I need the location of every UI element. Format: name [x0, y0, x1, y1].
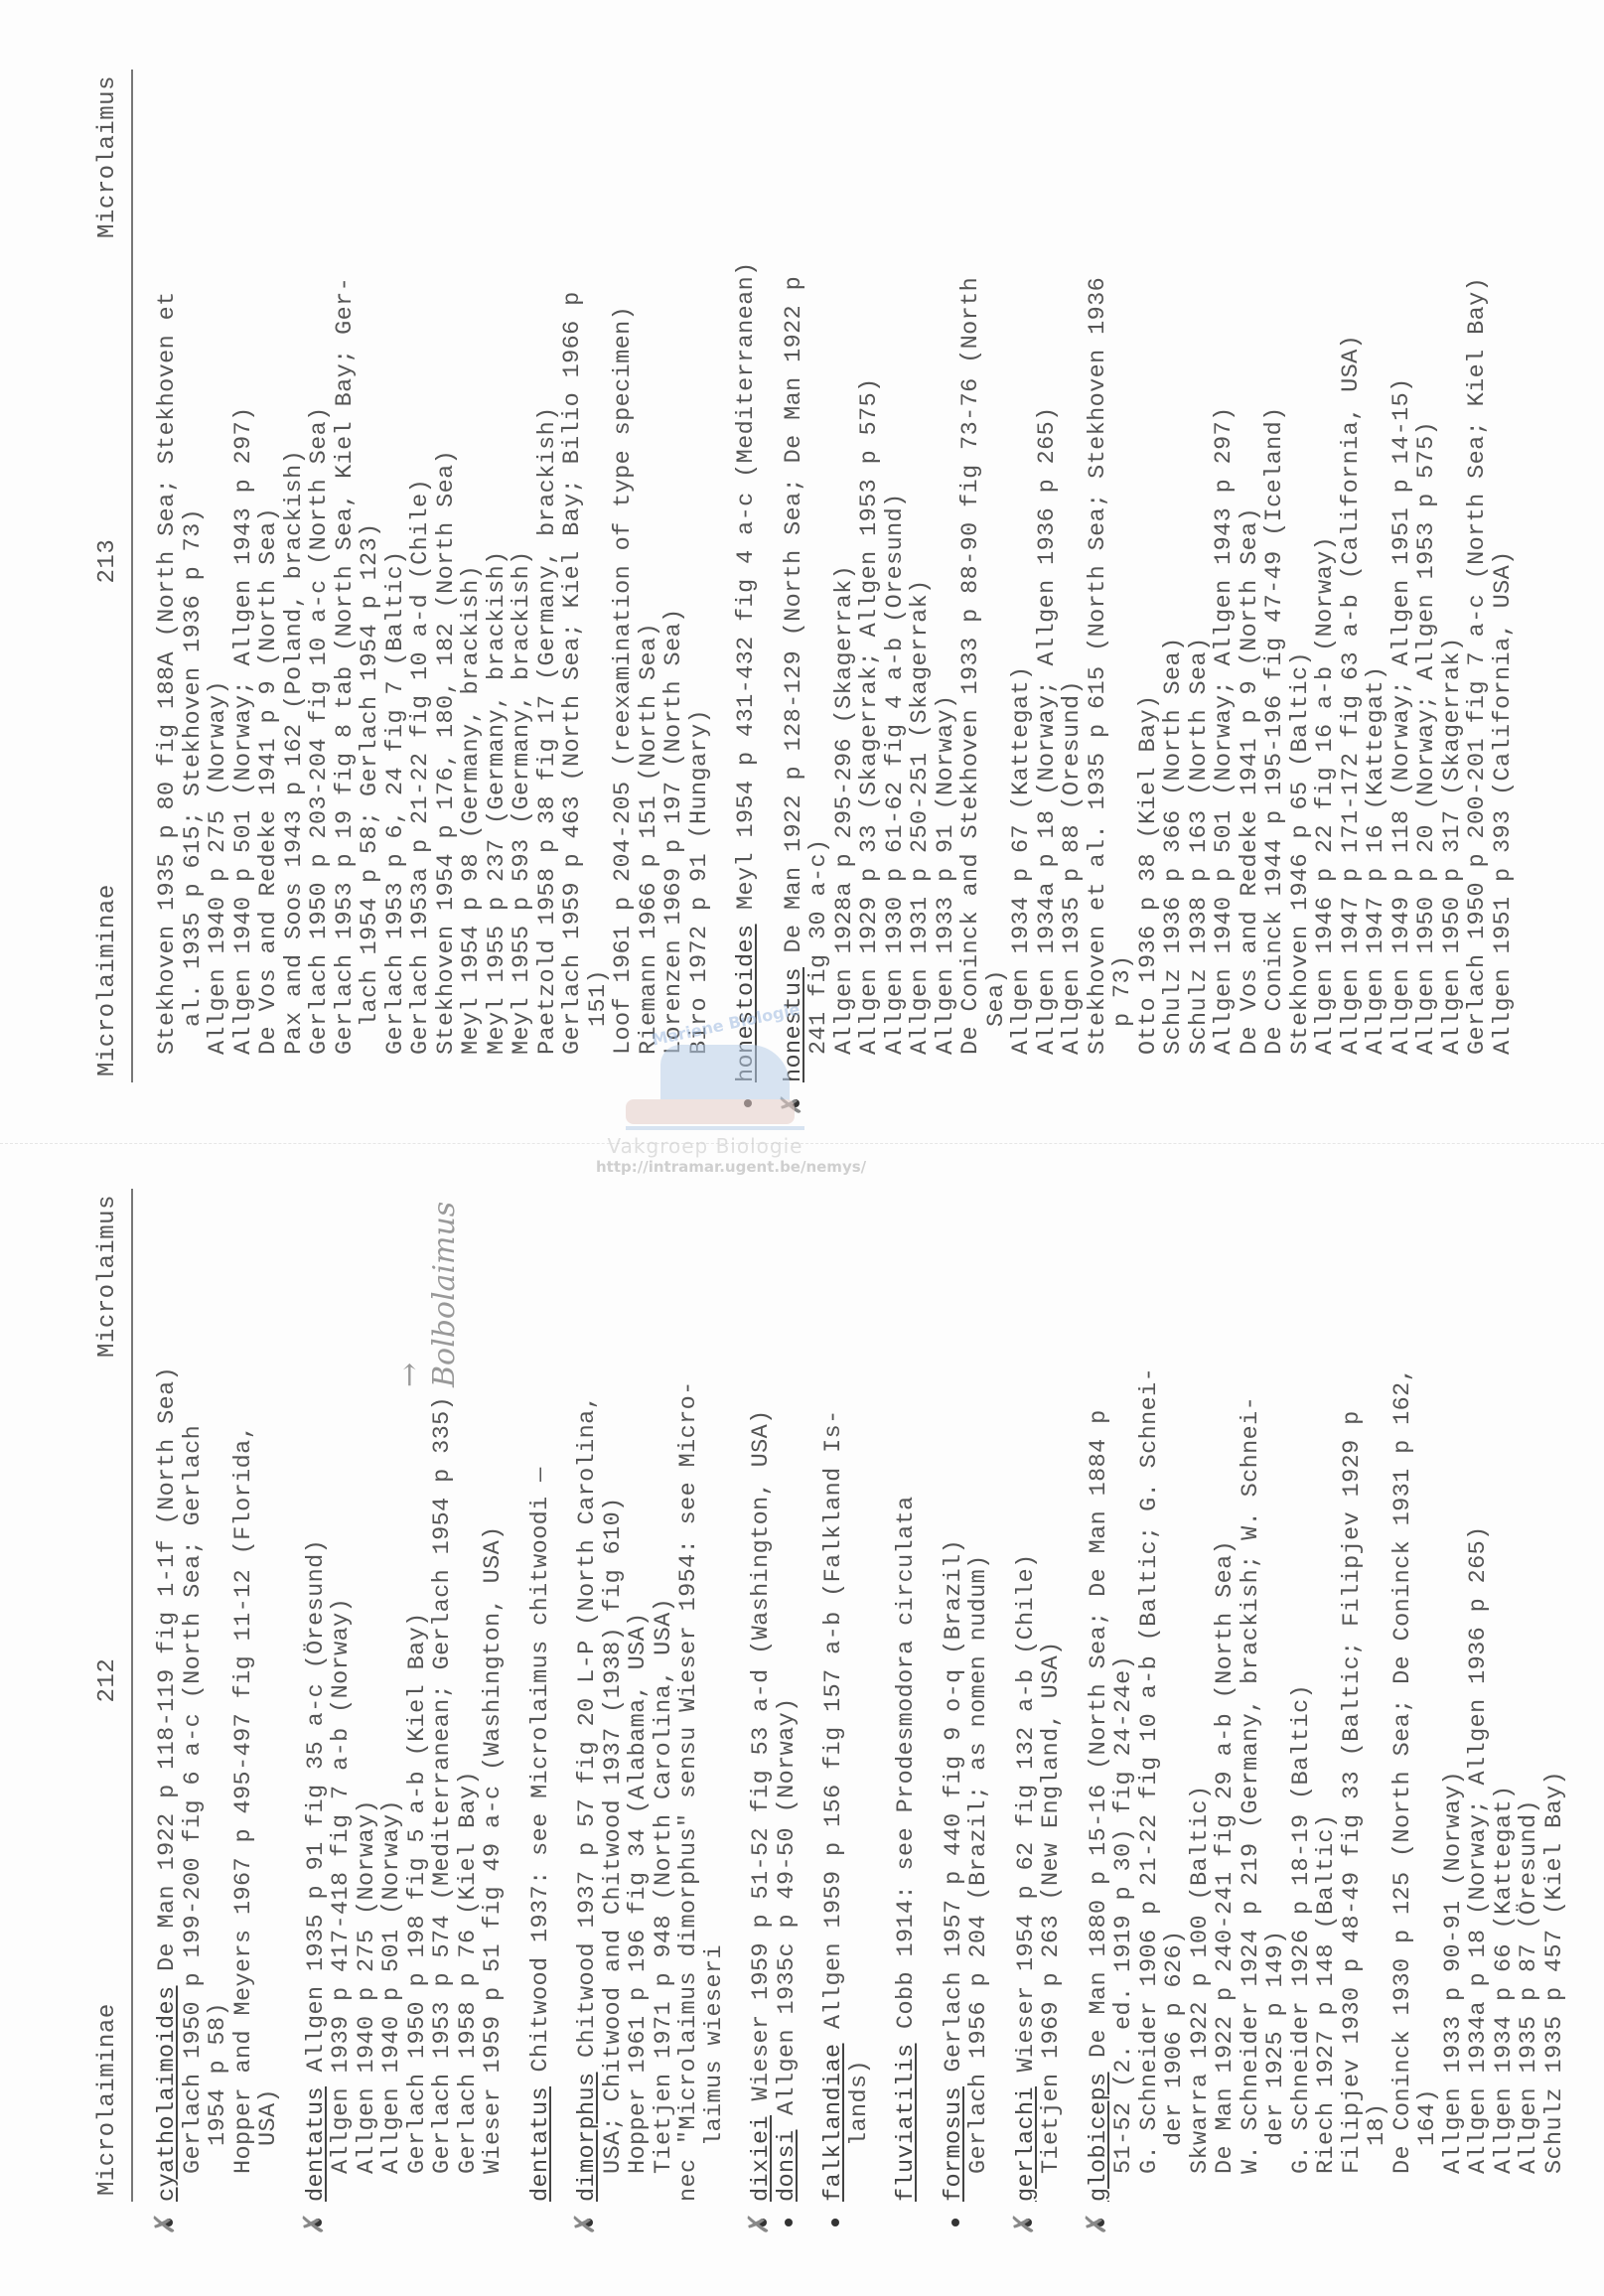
watermark-name: Vakgroep Biologie	[596, 1134, 814, 1158]
citation-text: Gerlach 1957 p 440 fig 9 o-q (Brazil)	[941, 1539, 967, 2086]
citation-text: lands)	[846, 2060, 873, 2146]
citation-line: 18)	[1365, 1189, 1390, 2202]
citation-text: Gerlach 1959 p 463 (North Sea; Kiel Bay;…	[559, 291, 586, 1055]
citation-text: De Vos and Redeke 1941 p 9 (North Sea)	[1237, 507, 1263, 1055]
citation-line: De Coninck 1944 p 195-196 fig 47-49 (Ice…	[1262, 70, 1288, 1082]
citation-line: Meyl 1955 p 593 (Germany, brackish)	[510, 70, 535, 1082]
citation-line: globiceps De Man 1880 p 15-16 (North Sea…	[1087, 1189, 1112, 2202]
citation-text: Hopper 1961 p 196 fig 34 (Alabama, USA)	[625, 1612, 652, 2174]
citation-line: al. 1935 p 615; Stekhoven 1936 p 73)	[181, 70, 207, 1082]
citation-line: Gerlach 1950 p 203-204 fig 10 a-c (North…	[307, 70, 333, 1082]
citation-text: Wieser 1959 p 51-52 fig 53 a-d (Washingt…	[748, 1409, 775, 2115]
citation-text: De Man 1922 p 118-119 fig 1-1f (North Se…	[154, 1366, 181, 1986]
citation-text: Allgen 1935 p 88 (Oresund)	[1059, 680, 1086, 1055]
citation-line: De Coninck and Stekhoven 1933 p 88-90 fi…	[958, 70, 984, 1082]
running-head: Microlaiminae 213 Microlaimus	[94, 70, 133, 1082]
citation-text: Schulz 1936 p 366 (North Sea)	[1160, 637, 1187, 1055]
citation-line: Allgen 1934a p 18 (Norway; Allgen 1936 p…	[1466, 1189, 1492, 2202]
handwritten-note: → Bolbolaimus	[392, 1189, 462, 1387]
citation-text: Wieser 1959 p 51 fig 49 a-c (Washington,…	[480, 1525, 507, 2174]
species-name: falklandiae	[820, 2043, 847, 2202]
species-name: gerlachi	[1013, 2086, 1040, 2202]
watermark-rocks-shape	[626, 1099, 795, 1124]
citation-line: Riemann 1966 p 151 (North Sea)	[637, 70, 662, 1082]
citation-line: Allgen 1934 p 66 (Kattegat)	[1492, 1189, 1518, 2202]
bullet-dot-icon	[777, 2210, 801, 2235]
citation-line: der 1925 p 149)	[1263, 1189, 1289, 2202]
citation-line: lands)	[847, 1189, 873, 2202]
citation-text: Meyl 1955 p 593 (Germany, brackish)	[509, 550, 535, 1055]
citation-line: honestus De Man 1922 p 128-129 (North Se…	[782, 70, 807, 1082]
citation-text: Allgen 1935c p 49-50 (Norway)	[774, 1697, 801, 2129]
citation-text: Schulz 1935 p 457 (Kiel Bay)	[1541, 1771, 1568, 2174]
citation-text: Allgen 1947 p 16 (Kattegat)	[1363, 665, 1389, 1055]
watermark-bar	[626, 1126, 804, 1130]
citation-line: Paetzold 1958 p 38 fig 17 (Germany, brac…	[535, 70, 561, 1082]
citation-line: p 73)	[1110, 70, 1136, 1082]
citation-line: De Man 1922 p 240-241 fig 29 a-b (North …	[1213, 1189, 1239, 2202]
citation-text: De Man 1880 p 15-16 (North Sea; De Man 1…	[1086, 1409, 1112, 2072]
citation-text: Allgen 1935 p 91 fig 35 a-c (Öresund)	[303, 1539, 330, 2086]
citation-text: Allgen 1940 p 501 (Norway)	[378, 1799, 405, 2174]
citation-line: formosus Gerlach 1957 p 440 fig 9 o-q (B…	[942, 1189, 967, 2202]
citation-text: Filipjev 1930 p 48-49 fig 33 (Baltic; Fi…	[1339, 1410, 1366, 2174]
bullet-dot-icon	[823, 2210, 847, 2235]
citation-text: Allgen 1933 p 91 (Norway)	[933, 694, 959, 1055]
citation-line: Allgen 1950 p 20 (Norway; Allgen 1953 p …	[1414, 70, 1440, 1082]
citation-line: dentatus Allgen 1935 p 91 fig 35 a-c (Ör…	[304, 1189, 330, 2202]
check-cross-icon: ✗	[1016, 2210, 1040, 2235]
species-name: dimorphus	[574, 2072, 601, 2202]
citation-line: Schulz 1938 p 163 (North Sea)	[1187, 70, 1213, 1082]
citation-text: Skwarra 1922 p 100 (Baltic)	[1187, 1785, 1214, 2174]
citation-text: De Coninck 1944 p 195-196 fig 47-49 (Ice…	[1261, 406, 1288, 1055]
citation-text: laimus wieseri	[701, 1944, 728, 2146]
citation-line: dentatus Chitwood 1937: see Microlaimus …	[528, 1189, 554, 2202]
citation-line: Loof 1961 p 204-205 (reexamination of ty…	[611, 70, 637, 1082]
citation-line: Allgen 1946 p 22 fig 16 a-b (Norway)	[1313, 70, 1339, 1082]
citation-line: Hopper 1961 p 196 fig 34 (Alabama, USA)	[626, 1189, 652, 2202]
citation-line: Allgen 1947 p 171-172 fig 63 a-b (Califo…	[1339, 70, 1365, 1082]
citation-text: Gerlach 1956 p 204 (Brazil; as nomen nud…	[965, 1554, 992, 2174]
watermark-wave-shape	[660, 1045, 790, 1104]
citation-text: Otto 1936 p 38 (Kiel Bay)	[1135, 694, 1162, 1055]
citation-line: De Vos and Redeke 1941 p 9 (North Sea)	[256, 70, 282, 1082]
citation-line: Allgen 1939 p 417-418 fig 7 a-b (Norway)	[329, 1189, 355, 2202]
citation-line: Allgen 1950 p 317 (Skagerrak)	[1440, 70, 1466, 1082]
citation-text: Allgen 1950 p 317 (Skagerrak)	[1439, 637, 1466, 1055]
citation-text: lach 1954 p 58; Gerlach 1954 p 123)	[357, 522, 383, 1027]
citation-text: Lorenzen 1969 p 197 (North Sea)	[660, 608, 687, 1055]
species-entry: Stekhoven 1935 p 80 fig 188A (North Sea;…	[155, 70, 712, 1082]
citation-text: Gerlach 1950 p 203-204 fig 10 a-c (North…	[306, 406, 333, 1055]
citation-text: Biro 1972 p 91 (Hungary)	[686, 709, 713, 1055]
citation-text: Gerlach 1958 p 76 (Kiel Bay)	[455, 1771, 482, 2174]
citation-line: G. Schneider 1926 p 18-19 (Baltic)	[1289, 1189, 1315, 2202]
species-name: dentatus	[303, 2086, 330, 2202]
head-subfamily: Microlaiminae	[94, 884, 121, 1076]
citation-line: Allgen 1940 p 275 (Norway)	[355, 1189, 380, 2202]
check-cross-icon: ✗	[1089, 2210, 1112, 2235]
citation-text: Pax and Soos 1943 p 162 (Poland, brackis…	[281, 450, 308, 1055]
citation-line: Stekhoven 1954 p 176, 180, 182 (North Se…	[434, 70, 460, 1082]
check-cross-icon: ✗	[306, 2210, 330, 2235]
species-name: formosus	[941, 2086, 967, 2202]
spacer	[712, 70, 734, 1082]
citation-text: Allgen 1928a p 295-296 (Skagerrak)	[831, 565, 858, 1055]
citation-line: Stekhoven 1935 p 80 fig 188A (North Sea;…	[155, 70, 181, 1082]
citation-text: Allgen 1940 p 501 (Norway; Allgen 1943 p…	[230, 406, 257, 1055]
citation-line: fluviatilis Cobb 1914: see Prodesmodora …	[894, 1189, 920, 2202]
species-entry: falklandiae Allgen 1959 p 156 fig 157 a-…	[821, 1189, 872, 2202]
citation-line: De Vos and Redeke 1941 p 9 (North Sea)	[1238, 70, 1263, 1082]
citation-text: Chitwood 1937 p 57 fig 20 L-P (North Car…	[574, 1395, 601, 2073]
species-name: cyatholaimoides	[154, 1985, 181, 2202]
citation-line: Stekhoven 1946 p 65 (Baltic)	[1288, 70, 1314, 1082]
citation-text: Wieser 1954 p 62 fig 132 a-b (Chile)	[1013, 1553, 1040, 2086]
citation-line: Allgen 1931 p 250-251 (Skagerrak)	[908, 70, 934, 1082]
citation-line: 1954 p 58)	[206, 1189, 231, 2202]
entries-list: ✗cyatholaimoides De Man 1922 p 118-119 f…	[155, 1189, 1567, 2202]
citation-text: Allgen 1929 p 33 (Skagerrak; Allgen 1953…	[856, 377, 883, 1055]
citation-text: Allgen 1934 p 66 (Kattegat)	[1491, 1785, 1518, 2174]
watermark-logo: Mariene Biologie	[606, 1015, 804, 1134]
citation-line: cyatholaimoides De Man 1922 p 118-119 fi…	[155, 1189, 181, 2202]
citation-line: USA)	[256, 1189, 282, 2202]
citation-text: Gerlach 1950 p 200-201 fig 7 a-c (North …	[1464, 277, 1491, 1055]
species-name: fluviatilis	[893, 2043, 920, 2202]
citation-line: honestoides Meyl 1954 p 431-432 fig 4 a-…	[734, 70, 760, 1082]
citation-text: De Coninck and Stekhoven 1933 p 88-90 fi…	[957, 277, 984, 1055]
citation-text: 18)	[1364, 2102, 1390, 2146]
citation-text: Gerlach 1953a p 21-22 fig 10 a-d (Chile)	[407, 479, 434, 1055]
check-cross-icon: ✗	[577, 2210, 601, 2235]
citation-line: Tietjen 1969 p 263 (New England, USA)	[1039, 1189, 1065, 2202]
citation-text: Allgen 1940 p 275 (Norway)	[354, 1799, 380, 2174]
citation-text: W. Schneider 1924 p 219 (Germany, bracki…	[1238, 1396, 1264, 2174]
citation-line: Allgen 1933 p 90-91 (Norway)	[1441, 1189, 1467, 2202]
citation-line: dimorphus Chitwood 1937 p 57 fig 20 L-P …	[575, 1189, 601, 2202]
species-name: dentatus	[527, 2086, 554, 2202]
citation-text: Paetzold 1958 p 38 fig 17 (Germany, brac…	[534, 406, 561, 1055]
citation-text: Chitwood 1937: see Microlaimus chitwoodi…	[527, 1467, 554, 2086]
citation-text: Gerlach 1950 p 198 fig 5 a-b (Kiel Bay)	[404, 1612, 431, 2174]
species-entry: fluviatilis Cobb 1914: see Prodesmodora …	[894, 1189, 920, 2202]
citation-text: Hopper and Meyers 1967 p 495-497 fig 11-…	[230, 1425, 257, 2174]
citation-text: 51-52 (2. ed. 1919 p 30) fig 24-24e)	[1110, 1655, 1137, 2174]
species-entry: honestoides Meyl 1954 p 431-432 fig 4 a-…	[734, 70, 760, 1082]
citation-line: Gerlach 1956 p 204 (Brazil; as nomen nud…	[966, 1189, 992, 2202]
citation-line: Meyl 1955 p 237 (Germany, brackish)	[485, 70, 510, 1082]
citation-text: al. 1935 p 615; Stekhoven 1936 p 73)	[180, 508, 207, 1027]
head-genus: Microlaimus	[94, 1195, 121, 1358]
citation-line: Gerlach 1950 p 199-200 fig 6 a-c (North …	[181, 1189, 207, 2202]
citation-line: falklandiae Allgen 1959 p 156 fig 157 a-…	[821, 1189, 847, 2202]
citation-text: Allgen 1934a p 18 (Norway; Allgen 1936 p…	[1465, 1525, 1492, 2174]
citation-line: Riech 1927 p 148 (Baltic)	[1314, 1189, 1340, 2202]
citation-line: Stekhoven et al. 1935 p 615 (North Sea; …	[1086, 70, 1111, 1082]
page-number: 213	[94, 539, 121, 584]
citation-line: Gerlach 1953a p 21-22 fig 10 a-d (Chile)	[408, 70, 434, 1082]
citation-text: Allgen 1931 p 250-251 (Skagerrak)	[907, 579, 934, 1055]
citation-line: Schulz 1936 p 366 (North Sea)	[1161, 70, 1187, 1082]
citation-text: nec "Microlaimus dimorphus" sensu Wieser…	[675, 1380, 702, 2202]
citation-text: Gerlach 1953 p 574 (Mediterranean; Gerla…	[429, 1396, 456, 2174]
citation-line: Allgen 1940 p 275 (Norway)	[206, 70, 231, 1082]
citation-text: der 1906 p 626)	[1161, 1930, 1188, 2146]
citation-line: De Coninck 1930 p 125 (North Sea; De Con…	[1390, 1189, 1416, 2202]
citation-line: Allgen 1928a p 295-296 (Skagerrak)	[832, 70, 858, 1082]
citation-text: Allgen 1933 p 90-91 (Norway)	[1440, 1771, 1467, 2174]
citation-text: Tietjen 1971 p 948 (North Carolina, USA)	[651, 1598, 677, 2174]
citation-line: Gerlach 1950 p 200-201 fig 7 a-c (North …	[1465, 70, 1491, 1082]
citation-text: Loof 1961 p 204-205 (reexamination of ty…	[610, 306, 637, 1055]
citation-line: 151)	[586, 70, 612, 1082]
citation-text: USA)	[255, 2088, 282, 2146]
citation-text: G. Schneider 1906 p 21-22 fig 10 a-b (Ba…	[1136, 1367, 1163, 2174]
citation-line: Skwarra 1922 p 100 (Baltic)	[1188, 1189, 1214, 2202]
citation-text: Meyl 1955 p 237 (Germany, brackish)	[484, 550, 510, 1055]
species-name: dixiei	[748, 2115, 775, 2202]
citation-text: Allgen 1951 p 393 (California, USA)	[1490, 550, 1517, 1055]
citation-line: Gerlach 1959 p 463 (North Sea; Kiel Bay;…	[560, 70, 586, 1082]
citation-line: Allgen 1940 p 501 (Norway; Allgen 1943 p…	[1212, 70, 1238, 1082]
citation-line: 51-52 (2. ed. 1919 p 30) fig 24-24e)	[1111, 1189, 1137, 2202]
citation-text: p 73)	[1109, 954, 1136, 1027]
species-entry: ✗cyatholaimoides De Man 1922 p 118-119 f…	[155, 1189, 282, 2202]
running-head: Microlaiminae 212 Microlaimus	[94, 1189, 133, 2202]
citation-line: Allgen 1934a p 18 (Norway; Allgen 1936 p…	[1035, 70, 1061, 1082]
citation-line: Allgen 1947 p 16 (Kattegat)	[1364, 70, 1389, 1082]
species-entry: ✗honestus De Man 1922 p 128-129 (North S…	[782, 70, 1517, 1082]
citation-text: Allgen 1950 p 20 (Norway; Allgen 1953 p …	[1413, 421, 1440, 1055]
citation-text: Allgen 1940 p 275 (Norway)	[205, 680, 231, 1055]
citation-line: nec "Microlaimus dimorphus" sensu Wieser…	[676, 1189, 702, 2202]
check-cross-icon: ✗	[157, 2210, 181, 2235]
citation-line: Allgen 1933 p 91 (Norway)	[934, 70, 959, 1082]
citation-text: De Coninck 1930 p 125 (North Sea; De Con…	[1389, 1367, 1416, 2174]
citation-text: Sea)	[983, 969, 1010, 1027]
citation-line: G. Schneider 1906 p 21-22 fig 10 a-b (Ba…	[1137, 1189, 1163, 2202]
citation-text: 164)	[1414, 2088, 1441, 2146]
citation-text: De Man 1922 p 240-241 fig 29 a-b (North …	[1212, 1540, 1239, 2174]
head-genus: Microlaimus	[94, 75, 121, 238]
citation-text: Allgen 1935 p 87 (Öresund)	[1516, 1799, 1542, 2174]
citation-line: Allgen 1949 p 118 (Norway; Allgen 1951 p…	[1389, 70, 1415, 1082]
citation-text: Meyl 1954 p 98 (Germany, brackish)	[458, 565, 485, 1055]
citation-text: Allgen 1949 p 118 (Norway; Allgen 1951 p…	[1388, 377, 1415, 1055]
citation-line: Gerlach 1953 p 6, 24 fig 7 (Baltic)	[383, 70, 409, 1082]
citation-text: Allgen 1934 p 67 (Kattegat)	[1008, 665, 1035, 1055]
citation-text: De Man 1922 p 128-129 (North Sea; De Man…	[781, 276, 807, 967]
citation-line: Gerlach 1953 p 19 fig 8 tab (North Sea, …	[333, 70, 359, 1082]
citation-text: USA; Chitwood and Chitwood 1937 (1938) f…	[600, 1497, 627, 2174]
citation-line: W. Schneider 1924 p 219 (Germany, bracki…	[1239, 1189, 1264, 2202]
citation-text: Gerlach 1950 p 199-200 fig 6 a-c (North …	[180, 1425, 207, 2174]
entries-list: Stekhoven 1935 p 80 fig 188A (North Sea;…	[155, 70, 1516, 1082]
citation-line: Allgen 1940 p 501 (Norway; Allgen 1943 p…	[231, 70, 257, 1082]
citation-text: Riemann 1966 p 151 (North Sea)	[636, 623, 662, 1055]
page-number: 212	[94, 1658, 121, 1703]
citation-text: Cobb 1914: see Prodesmodora circulata	[893, 1496, 920, 2043]
citation-line: dixiei Wieser 1959 p 51-52 fig 53 a-d (W…	[749, 1189, 775, 2202]
citation-line: donsi Allgen 1935c p 49-50 (Norway)	[775, 1189, 801, 2202]
citation-line: Allgen 1935 p 87 (Öresund)	[1517, 1189, 1542, 2202]
citation-text: Stekhoven et al. 1935 p 615 (North Sea; …	[1085, 277, 1111, 1055]
species-entry: ✗gerlachi Wieser 1954 p 62 fig 132 a-b (…	[1014, 1189, 1065, 2202]
citation-text: Stekhoven 1954 p 176, 180, 182 (North Se…	[433, 450, 460, 1055]
citation-text: Gerlach 1953 p 6, 24 fig 7 (Baltic)	[382, 550, 409, 1055]
citation-line: Allgen 1930 p 61-62 fig 4 a-b (Oresund)	[883, 70, 909, 1082]
citation-text: Allgen 1940 p 501 (Norway; Allgen 1943 p…	[1211, 406, 1238, 1055]
species-entry: ✗dixiei Wieser 1959 p 51-52 fig 53 a-d (…	[749, 1189, 775, 2202]
citation-line: Allgen 1929 p 33 (Skagerrak; Allgen 1953…	[857, 70, 883, 1082]
citation-text: Allgen 1939 p 417-418 fig 7 a-b (Norway)	[328, 1598, 355, 2174]
bullet-dot-icon	[944, 2210, 967, 2235]
citation-line: Allgen 1935 p 88 (Oresund)	[1060, 70, 1086, 1082]
citation-line: laimus wieseri	[702, 1189, 728, 2202]
citation-line: Biro 1972 p 91 (Hungary)	[687, 70, 713, 1082]
species-entry: donsi Allgen 1935c p 49-50 (Norway)	[775, 1189, 801, 2202]
citation-line: Schulz 1935 p 457 (Kiel Bay)	[1542, 1189, 1568, 2202]
watermark: Mariene Biologie Vakgroep Biologie http:…	[596, 1015, 814, 1174]
citation-text: Allgen 1959 p 156 fig 157 a-b (Falkland …	[820, 1409, 847, 2043]
species-name: donsi	[774, 2129, 801, 2202]
citation-line: lach 1954 p 58; Gerlach 1954 p 123)	[358, 70, 383, 1082]
citation-text: 1954 p 58)	[205, 2002, 231, 2146]
watermark-url: http://intramar.ugent.be/nemys/	[596, 1158, 814, 1176]
citation-text: Tietjen 1969 p 263 (New England, USA)	[1038, 1641, 1065, 2174]
head-subfamily: Microlaiminae	[94, 2003, 121, 2196]
citation-line: 164)	[1415, 1189, 1441, 2202]
citation-text: Stekhoven 1935 p 80 fig 188A (North Sea;…	[154, 291, 181, 1055]
citation-line: USA; Chitwood and Chitwood 1937 (1938) f…	[601, 1189, 627, 2202]
species-entry: ✗dimorphus Chitwood 1937 p 57 fig 20 L-P…	[575, 1189, 727, 2202]
citation-text: der 1925 p 149)	[1262, 1930, 1289, 2146]
citation-line: Pax and Soos 1943 p 162 (Poland, brackis…	[282, 70, 308, 1082]
scanned-document-sheet: Microlaiminae 212 Microlaimus ✗cyatholai…	[0, 0, 1604, 2296]
citation-line: Allgen 1951 p 393 (California, USA)	[1491, 70, 1517, 1082]
citation-line: Filipjev 1930 p 48-49 fig 33 (Baltic; Fi…	[1340, 1189, 1366, 2202]
citation-line: der 1906 p 626)	[1162, 1189, 1188, 2202]
citation-line: Tietjen 1971 p 948 (North Carolina, USA)	[652, 1189, 677, 2202]
species-name: globiceps	[1086, 2072, 1112, 2202]
citation-text: De Vos and Redeke 1941 p 9 (North Sea)	[255, 507, 282, 1055]
citation-text: Allgen 1946 p 22 fig 16 a-b (Norway)	[1312, 536, 1339, 1055]
citation-text: Allgen 1947 p 171-172 fig 63 a-b (Califo…	[1338, 335, 1365, 1055]
citation-text: Allgen 1930 p 61-62 fig 4 a-b (Oresund)	[882, 493, 909, 1055]
citation-text: Allgen 1934a p 18 (Norway; Allgen 1936 p…	[1034, 406, 1061, 1055]
citation-text: Gerlach 1953 p 19 fig 8 tab (North Sea, …	[332, 277, 359, 1055]
citation-line: Allgen 1934 p 67 (Kattegat)	[1009, 70, 1035, 1082]
citation-line: Hopper and Meyers 1967 p 495-497 fig 11-…	[231, 1189, 257, 2202]
page-212: Microlaiminae 212 Microlaimus ✗cyatholai…	[94, 1189, 1589, 2202]
citation-line: Meyl 1954 p 98 (Germany, brackish)	[459, 70, 485, 1082]
citation-text: G. Schneider 1926 p 18-19 (Baltic)	[1288, 1684, 1315, 2174]
citation-line: gerlachi Wieser 1954 p 62 fig 132 a-b (C…	[1014, 1189, 1040, 2202]
citation-text: Riech 1927 p 148 (Baltic)	[1313, 1813, 1340, 2174]
species-entry: formosus Gerlach 1957 p 440 fig 9 o-q (B…	[942, 1189, 992, 2202]
citation-line: Wieser 1959 p 51 fig 49 a-c (Washington,…	[481, 1189, 507, 2202]
citation-line: Lorenzen 1969 p 197 (North Sea)	[661, 70, 687, 1082]
citation-line: Sea)	[984, 70, 1010, 1082]
citation-text: Meyl 1954 p 431-432 fig 4 a-c (Mediterra…	[733, 261, 760, 924]
citation-text: Schulz 1938 p 163 (North Sea)	[1186, 637, 1213, 1055]
species-entry: dentatus Chitwood 1937: see Microlaimus …	[528, 1189, 554, 2202]
species-entry: ✗globiceps De Man 1880 p 15-16 (North Se…	[1087, 1189, 1568, 2202]
page-213: Microlaiminae 213 Microlaimus Stekhoven …	[94, 70, 1537, 1082]
citation-line: 241 fig 30 a-c)	[806, 70, 832, 1082]
check-cross-icon: ✗	[751, 2210, 775, 2235]
citation-text: Stekhoven 1946 p 65 (Baltic)	[1287, 651, 1314, 1055]
citation-line: Otto 1936 p 38 (Kiel Bay)	[1136, 70, 1162, 1082]
